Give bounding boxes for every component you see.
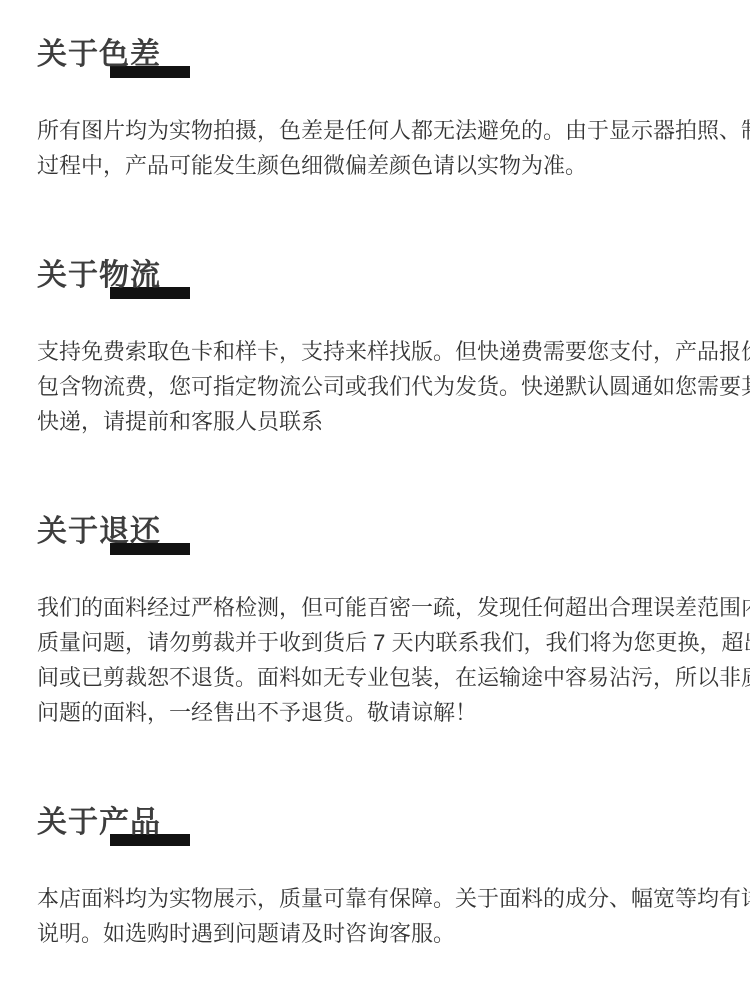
section-heading-text: 关于物流 xyxy=(37,259,161,292)
paragraph-line: 问题的面料，一经售出不予退货。敬请谅解！ xyxy=(37,695,717,730)
section-paragraph: 所有图片均为实物拍摄，色差是任何人都无法避免的。由于显示器拍照、制图 过程中，产… xyxy=(37,113,717,183)
section-heading: 关于物流 xyxy=(37,261,717,291)
section-product: 关于产品 本店面料均为实物展示，质量可靠有保障。关于面料的成分、幅宽等均有详细 … xyxy=(37,808,717,951)
paragraph-line: 质量问题，请勿剪裁并于收到货后 7 天内联系我们，我们将为您更换，超出时 xyxy=(37,625,717,660)
paragraph-line: 所有图片均为实物拍摄，色差是任何人都无法避免的。由于显示器拍照、制图 xyxy=(37,113,717,148)
section-heading-text: 关于产品 xyxy=(37,806,161,839)
paragraph-line: 本店面料均为实物展示，质量可靠有保障。关于面料的成分、幅宽等均有详细 xyxy=(37,881,717,916)
paragraph-line: 快递，请提前和客服人员联系 xyxy=(37,404,717,439)
paragraph-line: 我们的面料经过严格检测，但可能百密一疏，发现任何超出合理误差范围内的 xyxy=(37,590,717,625)
paragraph-line: 间或已剪裁恕不退货。面料如无专业包装，在运输途中容易沾污，所以非质量 xyxy=(37,660,717,695)
section-paragraph: 本店面料均为实物展示，质量可靠有保障。关于面料的成分、幅宽等均有详细 说明。如选… xyxy=(37,881,717,951)
section-heading: 关于产品 xyxy=(37,808,717,838)
product-notice-page: 关于色差 所有图片均为实物拍摄，色差是任何人都无法避免的。由于显示器拍照、制图 … xyxy=(0,0,750,984)
paragraph-line: 说明。如选购时遇到问题请及时咨询客服。 xyxy=(37,916,717,951)
paragraph-line: 过程中，产品可能发生颜色细微偏差颜色请以实物为准。 xyxy=(37,148,717,183)
section-color-difference: 关于色差 所有图片均为实物拍摄，色差是任何人都无法避免的。由于显示器拍照、制图 … xyxy=(37,40,717,183)
section-logistics: 关于物流 支持免费索取色卡和样卡，支持来样找版。但快递费需要您支付，产品报价不 … xyxy=(37,261,717,439)
section-heading: 关于退还 xyxy=(37,517,717,547)
section-heading: 关于色差 xyxy=(37,40,717,70)
section-paragraph: 支持免费索取色卡和样卡，支持来样找版。但快递费需要您支付，产品报价不 包含物流费… xyxy=(37,334,717,439)
section-paragraph: 我们的面料经过严格检测，但可能百密一疏，发现任何超出合理误差范围内的 质量问题，… xyxy=(37,590,717,730)
section-returns: 关于退还 我们的面料经过严格检测，但可能百密一疏，发现任何超出合理误差范围内的 … xyxy=(37,517,717,730)
paragraph-line: 支持免费索取色卡和样卡，支持来样找版。但快递费需要您支付，产品报价不 xyxy=(37,334,717,369)
section-heading-text: 关于色差 xyxy=(37,38,161,71)
section-heading-text: 关于退还 xyxy=(37,515,161,548)
paragraph-line: 包含物流费，您可指定物流公司或我们代为发货。快递默认圆通如您需要其他 xyxy=(37,369,717,404)
